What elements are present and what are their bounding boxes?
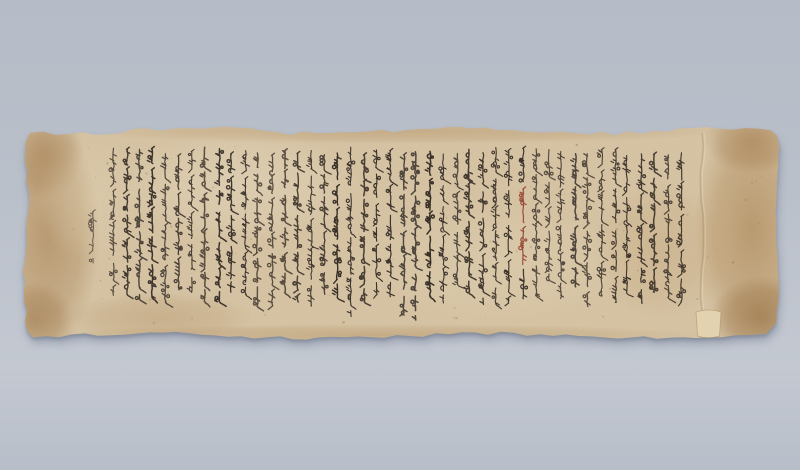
manuscript-photo [0,0,800,470]
photo-canvas [0,0,800,470]
repair-tab [696,310,721,338]
